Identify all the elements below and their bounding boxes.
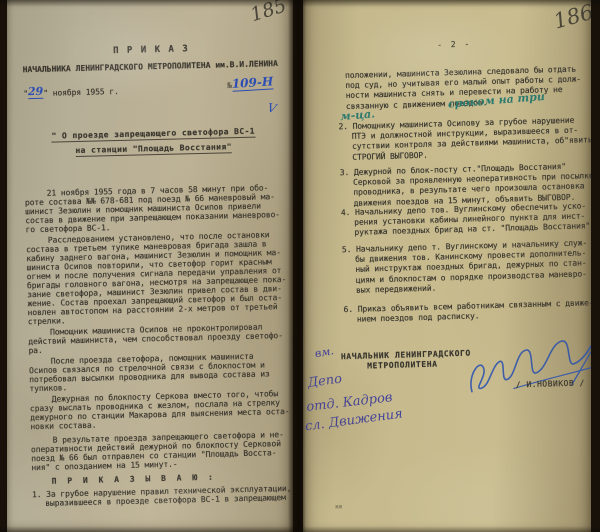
order-item-6: 6. Приказ объявить всем работникам связа… — [343, 298, 591, 326]
order-item-4: 4. Начальнику депо тов. Вуглинскому обес… — [341, 201, 591, 239]
signoff-title-line-2: МЕТРОПОЛИТЕНА — [367, 360, 438, 371]
order-item-1: 1. За грубое нарушение правил техническо… — [32, 484, 293, 508]
sheet-label: - 2 - — [414, 39, 494, 50]
right-page-content: 186 - 2 - положении, машиниста Зезюлина … — [303, 0, 591, 532]
document-page-right: 186 - 2 - положении, машиниста Зезюлина … — [303, 0, 591, 532]
document-page-left: 185 П Р И К А З НАЧАЛЬНИКА ЛЕНИНГРАДСКОГ… — [7, 0, 293, 532]
order-date-line: "29" ноября 1955 г. — [23, 79, 119, 100]
body-paragraph: Помощник машиниста Осипов не проконтроли… — [28, 322, 293, 355]
body-paragraph: После проезда светофора, помощник машини… — [29, 351, 293, 393]
margin-check-mark: V — [266, 101, 277, 116]
body-paragraph: Расследованием установлено, что после ос… — [26, 230, 292, 326]
resolve-heading: П Р И К А З Ы В А Ю : — [52, 471, 293, 486]
body-paragraph: Дежурная по блокпосту Серкова вместо тог… — [30, 389, 293, 431]
faint-stamp-mark: жж — [335, 503, 342, 510]
signoff-title-line-1: НАЧАЛЬНИК ЛЕНИНГРАДСКОГО — [341, 349, 471, 362]
left-page-content: 185 П Р И К А З НАЧАЛЬНИКА ЛЕНИНГРАДСКОГ… — [7, 0, 293, 532]
signoff-name: / И.НОВИКОВ / — [516, 378, 585, 389]
handwritten-date-day: 29 — [28, 85, 44, 99]
number-sign: № — [227, 81, 232, 90]
handwritten-margin-mark: вм. — [314, 344, 335, 360]
ink-signature — [454, 326, 591, 408]
order-body: 21 ноября 1955 года в 7 часов 58 минут п… — [25, 183, 293, 508]
body-paragraph: 21 ноября 1955 года в 7 часов 58 минут п… — [25, 183, 290, 234]
handwritten-page-number-185: 185 — [248, 0, 289, 26]
order-item-5: 5. Начальнику депо т. Вуглинскому и нача… — [342, 238, 591, 297]
archival-photo-two-page-order: 185 П Р И К А З НАЧАЛЬНИКА ЛЕНИНГРАДСКОГ… — [0, 0, 600, 532]
order-item-2: 2. Помощнику машиниста Осипову за грубое… — [338, 115, 591, 163]
subject-line-2: на станции "Площадь Восстания" — [75, 142, 232, 157]
order-title: П Р И К А З — [8, 42, 293, 59]
body-paragraph: В результате проезда запрещающего светоф… — [31, 430, 293, 472]
handwritten-order-number: 109-Н — [231, 74, 273, 91]
date-rest: " ноября 1955 г. — [43, 87, 119, 98]
order-number-line: №109-Н — [226, 70, 273, 92]
handwritten-page-number-186: 186 — [551, 0, 591, 34]
distribution-note-1: Депо — [307, 372, 343, 391]
